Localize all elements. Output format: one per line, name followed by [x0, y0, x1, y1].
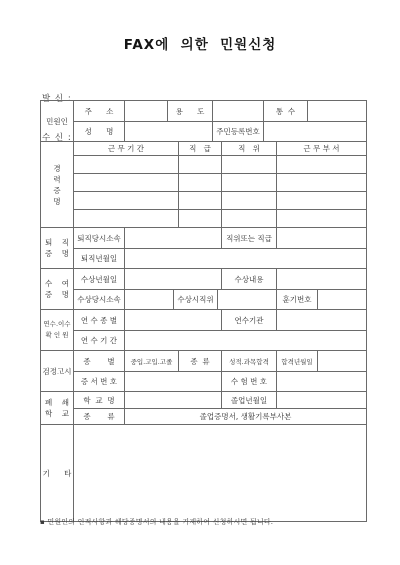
award-affiliation-input-cell — [125, 290, 174, 309]
school-name-input-cell — [125, 392, 222, 408]
decoration-no-input-cell — [318, 290, 366, 309]
award-section-label: 수 여 증 명 — [41, 269, 74, 309]
section-exam: 검정고시 종 별 중입.고입.고졸 종 류 성적.과목합격 합격년월일 증 서 … — [41, 350, 366, 391]
grade-input-cell — [179, 156, 222, 173]
grad-date-input-cell — [277, 392, 366, 408]
department-header: 근 무 부 서 — [277, 142, 366, 155]
exam-result-label: 성적.과목합격 — [222, 351, 277, 371]
award-position-label: 수상시직위 — [174, 290, 218, 309]
name-input-cell — [125, 122, 213, 141]
decoration-no-label: 훈기번호 — [277, 290, 318, 309]
training-period-input-cell — [125, 331, 366, 350]
training-institution-label: 연수기관 — [222, 310, 277, 330]
exam-pass-date-input-cell — [318, 351, 366, 371]
position-input-cell — [222, 156, 277, 173]
exam-section-label: 검정고시 — [41, 351, 74, 391]
table-row: 종 별 중입.고입.고졸 종 류 성적.과목합격 합격년월일 — [74, 351, 366, 371]
work-period-input-cell — [74, 192, 179, 209]
award-position-input-cell — [218, 290, 277, 309]
etc-input-cell — [74, 425, 366, 521]
career-header-row: 근 무 기 간 직 급 직 위 근 무 부 서 — [74, 142, 366, 155]
table-row: 종 류 졸업증명서, 생활기록부사본 — [74, 408, 366, 424]
retirement-date-input-cell — [125, 249, 366, 268]
rrn-label: 주민등록번호 — [213, 122, 264, 141]
table-row: 퇴직년월일 — [74, 248, 366, 268]
grade-input-cell — [179, 210, 222, 227]
grade-header: 직 급 — [179, 142, 222, 155]
section-award: 수 여 증 명 수상년월일 수상내용 수상당시소속 수상시직위 훈기번호 — [41, 268, 366, 309]
table-row: 학 교 명 졸업년월일 — [74, 392, 366, 408]
table-row: 연 수 종 별 연수기관 — [74, 310, 366, 330]
retirement-affiliation-label: 퇴직당시소속 — [74, 228, 125, 248]
career-empty-row — [74, 191, 366, 209]
department-input-cell — [277, 192, 366, 209]
copies-label: 통 수 — [264, 101, 308, 121]
position-input-cell — [222, 174, 277, 191]
career-section-label: 경 력 증 명 — [41, 142, 74, 227]
position-header: 직 위 — [222, 142, 277, 155]
retirement-position-input-cell — [277, 228, 366, 248]
table-row: 연 수 기 간 — [74, 330, 366, 350]
department-input-cell — [277, 174, 366, 191]
section-training: 연수.이수 확 인 원 연 수 종 별 연수기관 연 수 기 간 — [41, 309, 366, 350]
rrn-input-cell — [264, 122, 366, 141]
use-input-cell — [213, 101, 264, 121]
table-row: 수상당시소속 수상시직위 훈기번호 — [74, 289, 366, 309]
name-label: 성 명 — [74, 122, 125, 141]
table-row: 주 소 용 도 통 수 — [74, 101, 366, 121]
section-petitioner: 민원인 주 소 용 도 통 수 성 명 주민등록번호 — [41, 101, 366, 141]
section-closed-school: 폐 쇄 학 교 학 교 명 졸업년월일 종 류 졸업증명서, 생활기록부사본 — [41, 391, 366, 424]
table-row: 성 명 주민등록번호 — [74, 121, 366, 141]
section-retirement: 퇴 직 증 명 퇴직당시소속 직위또는 직급 퇴직년월일 — [41, 227, 366, 268]
exam-pass-date-label: 합격년월일 — [277, 351, 318, 371]
school-name-label: 학 교 명 — [74, 392, 125, 408]
table-row: 수상년월일 수상내용 — [74, 269, 366, 289]
work-period-input-cell — [74, 174, 179, 191]
training-type-input-cell — [125, 310, 222, 330]
page-title: FAX에 의한 민원신청 — [0, 0, 400, 53]
award-content-input-cell — [277, 269, 366, 289]
footnote: ▪ 민원인의 인적사항과 해당증명서의 내용을 기재하여 신청하시면 됩니다. — [40, 517, 273, 527]
cert-no-input-cell — [125, 372, 222, 391]
department-input-cell — [277, 156, 366, 173]
school-kind-value: 졸업증명서, 생활기록부사본 — [125, 409, 366, 424]
retirement-position-label: 직위또는 직급 — [222, 228, 277, 248]
position-input-cell — [222, 210, 277, 227]
section-etc: 기 타 — [41, 424, 366, 521]
school-kind-label: 종 류 — [74, 409, 125, 424]
training-type-label: 연 수 종 별 — [74, 310, 125, 330]
petitioner-section-label: 민원인 — [41, 101, 74, 141]
section-career: 경 력 증 명 근 무 기 간 직 급 직 위 근 무 부 서 — [41, 141, 366, 227]
career-empty-row — [74, 173, 366, 191]
exam-type-options: 중입.고입.고졸 — [125, 351, 179, 371]
position-input-cell — [222, 192, 277, 209]
closed-school-section-label: 폐 쇄 학 교 — [41, 392, 74, 424]
address-label: 주 소 — [74, 101, 125, 121]
training-period-label: 연 수 기 간 — [74, 331, 125, 350]
table-row: 퇴직당시소속 직위또는 직급 — [74, 228, 366, 248]
award-date-input-cell — [125, 269, 222, 289]
work-period-input-cell — [74, 210, 179, 227]
grade-input-cell — [179, 192, 222, 209]
address-input-cell — [125, 101, 168, 121]
retirement-section-label: 퇴 직 증 명 — [41, 228, 74, 268]
retirement-affiliation-input-cell — [125, 228, 222, 248]
career-empty-row — [74, 155, 366, 173]
award-content-label: 수상내용 — [222, 269, 277, 289]
exam-no-label: 수 험 번 호 — [222, 372, 277, 391]
training-institution-input-cell — [277, 310, 366, 330]
exam-kind-label: 종 류 — [179, 351, 222, 371]
copies-input-cell — [308, 101, 366, 121]
table-row: 증 서 번 호 수 험 번 호 — [74, 371, 366, 391]
work-period-header: 근 무 기 간 — [74, 142, 179, 155]
etc-section-label: 기 타 — [41, 425, 74, 521]
petition-table: 민원인 주 소 용 도 통 수 성 명 주민등록번호 — [40, 100, 367, 522]
fax-petition-form: FAX에 의한 민원신청 발 신 : 수 신 : 민원인 주 소 용 도 통 수… — [0, 0, 400, 565]
grad-date-label: 졸업년월일 — [222, 392, 277, 408]
training-section-label: 연수.이수 확 인 원 — [41, 310, 74, 350]
exam-no-input-cell — [277, 372, 366, 391]
table-row — [74, 425, 366, 521]
cert-no-label: 증 서 번 호 — [74, 372, 125, 391]
grade-input-cell — [179, 174, 222, 191]
work-period-input-cell — [74, 156, 179, 173]
department-input-cell — [277, 210, 366, 227]
retirement-date-label: 퇴직년월일 — [74, 249, 125, 268]
exam-type-label: 종 별 — [74, 351, 125, 371]
award-date-label: 수상년월일 — [74, 269, 125, 289]
award-affiliation-label: 수상당시소속 — [74, 290, 125, 309]
use-label: 용 도 — [168, 101, 213, 121]
career-empty-row — [74, 209, 366, 227]
